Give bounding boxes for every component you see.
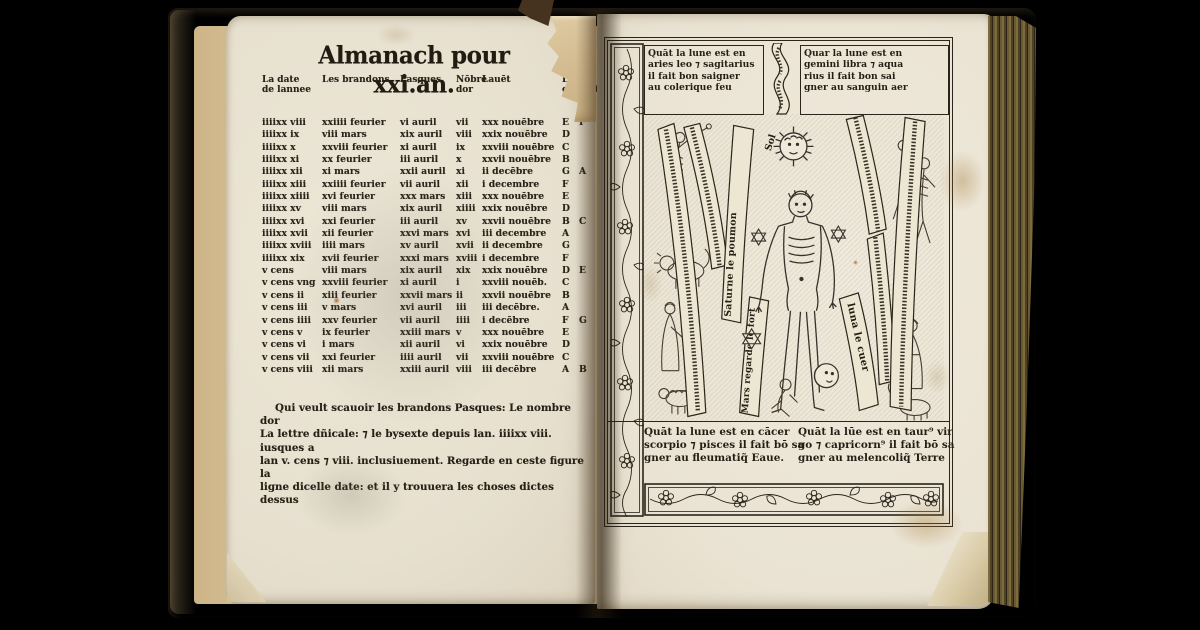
table-cell: xv bbox=[456, 216, 482, 228]
table-cell: A bbox=[562, 228, 579, 240]
table-cell: ix bbox=[456, 142, 482, 154]
table-cell: iiiixx xvi bbox=[262, 216, 322, 228]
table-cell: i decembre bbox=[482, 253, 562, 265]
table-cell: xxix nouēbre bbox=[482, 203, 562, 215]
table-cell: G bbox=[562, 166, 579, 178]
table-cell: xxix nouēbre bbox=[482, 339, 562, 351]
table-cell bbox=[579, 179, 591, 191]
table-cell: F bbox=[562, 253, 579, 265]
table-cell bbox=[579, 327, 591, 339]
book-photo: Almanach pour xxi.an. La datede lanneeLe… bbox=[0, 0, 1200, 630]
folded-corner bbox=[227, 550, 269, 602]
table-cell: iiiixx xviii bbox=[262, 240, 322, 252]
table-cell bbox=[579, 302, 591, 314]
moon-icon bbox=[814, 364, 838, 388]
table-cell bbox=[579, 253, 591, 265]
table-cell: x bbox=[456, 154, 482, 166]
table-cell: A bbox=[562, 364, 579, 376]
table-row: v cens iiiixxv feuriervii auriliiiii dec… bbox=[262, 315, 591, 327]
table-row: v cens iixiii feurierxxvii marsiixxvii n… bbox=[262, 290, 591, 302]
table-row: v cens vii marsxii aurilvixxix nouēbreD bbox=[262, 339, 591, 351]
table-cell: ii decembre bbox=[482, 240, 562, 252]
table-cell: xii mars bbox=[322, 364, 400, 376]
table-cell: B bbox=[562, 216, 579, 228]
table-cell: D bbox=[562, 129, 579, 141]
table-cell: C bbox=[562, 352, 579, 364]
table-cell: vii auril bbox=[400, 315, 456, 327]
table-cell: iiiixx xii bbox=[262, 166, 322, 178]
table-cell: xxx nouēbre bbox=[482, 327, 562, 339]
table-cell: xii auril bbox=[400, 339, 456, 351]
table-row: iiiixx xviiiiiii marsxv aurilxviiii dece… bbox=[262, 240, 591, 252]
table-row: iiiixx viiixxiiii feuriervi aurilviixxx … bbox=[262, 117, 591, 129]
table-cell: xii bbox=[456, 179, 482, 191]
table-cell: D bbox=[562, 265, 579, 277]
table-cell: iii decēbre bbox=[482, 364, 562, 376]
scroll-banner bbox=[760, 43, 798, 115]
table-cell: xxviii nouēbre bbox=[482, 352, 562, 364]
floral-border-bottom bbox=[644, 483, 944, 516]
table-cell: xvi feurier bbox=[322, 191, 400, 203]
table-cell: iiii bbox=[456, 315, 482, 327]
table-cell: viii mars bbox=[322, 129, 400, 141]
table-cell: v cens vi bbox=[262, 339, 322, 351]
table-cell: v cens ii bbox=[262, 290, 322, 302]
table-cell: vi auril bbox=[400, 117, 456, 129]
table-cell: v cens iiii bbox=[262, 315, 322, 327]
table-cell: xxiii auril bbox=[400, 364, 456, 376]
table-cell: iiiixx xv bbox=[262, 203, 322, 215]
table-header-row: La datede lanneeLes brandonsPasquesNōbre… bbox=[262, 76, 591, 95]
table-cell: iii bbox=[456, 302, 482, 314]
table-cell: v cens vng bbox=[262, 277, 322, 289]
table-cell: xxxi mars bbox=[400, 253, 456, 265]
table-cell: xix auril bbox=[400, 129, 456, 141]
table-cell: viii mars bbox=[322, 265, 400, 277]
table-cell: iii decembre bbox=[482, 228, 562, 240]
table-cell: G bbox=[579, 315, 591, 327]
table-cell: iii auril bbox=[400, 216, 456, 228]
table-cell: xxvii mars bbox=[400, 290, 456, 302]
table-cell: xxix nouēbre bbox=[482, 129, 562, 141]
table-cell: v cens vii bbox=[262, 352, 322, 364]
table-cell bbox=[579, 203, 591, 215]
table-cell: xi auril bbox=[400, 142, 456, 154]
table-cell: iiii mars bbox=[322, 240, 400, 252]
table-cell: xxx nouēbre bbox=[482, 191, 562, 203]
table-row: v cens vix feurierxxiii marsvxxx nouēbre… bbox=[262, 327, 591, 339]
table-cell: xxiii mars bbox=[400, 327, 456, 339]
table-cell: xix auril bbox=[400, 265, 456, 277]
table-cell bbox=[579, 277, 591, 289]
table-cell bbox=[579, 129, 591, 141]
table-cell: v mars bbox=[322, 302, 400, 314]
table-row: iiiixx xviixii feurierxxvi marsxviiii de… bbox=[262, 228, 591, 240]
column-header: Les brandons bbox=[322, 76, 400, 95]
table-cell bbox=[579, 154, 591, 166]
caption-cancer-scorpio-pisces: Quāt la lune est en cācerscorpio ⁊ pisce… bbox=[644, 426, 794, 480]
table-cell: v cens bbox=[262, 265, 322, 277]
table-row: iiiixx xixx feurieriii aurilxxxvii nouēb… bbox=[262, 154, 591, 166]
table-row: v cens viiixii marsxxiii aurilviiiiii de… bbox=[262, 364, 591, 376]
table-cell: E bbox=[562, 191, 579, 203]
table-row: v cens iiiv marsxvi auriliiiiii decēbre.… bbox=[262, 302, 591, 314]
table-cell: xvi bbox=[456, 228, 482, 240]
table-cell: xv auril bbox=[400, 240, 456, 252]
table-cell: xxviii feurier bbox=[322, 277, 400, 289]
table-cell: xxviii feurier bbox=[322, 142, 400, 154]
table-cell: C bbox=[562, 142, 579, 154]
table-cell: D bbox=[562, 339, 579, 351]
table-cell: ii bbox=[456, 290, 482, 302]
table-cell: xxv feurier bbox=[322, 315, 400, 327]
explanatory-paragraph: Qui veult scauoir les brandons Pasques: … bbox=[260, 402, 594, 508]
table-cell: iiiixx xvii bbox=[262, 228, 322, 240]
table-cell bbox=[579, 339, 591, 351]
table-cell bbox=[579, 191, 591, 203]
table-cell: xxviii nouēbre bbox=[482, 142, 562, 154]
table-cell: vii bbox=[456, 352, 482, 364]
column-header: Lauēt bbox=[482, 76, 562, 95]
table-cell: iiii auril bbox=[400, 352, 456, 364]
table-cell: F bbox=[562, 179, 579, 191]
table-cell: v cens iii bbox=[262, 302, 322, 314]
table-cell: C bbox=[562, 277, 579, 289]
table-cell: xx feurier bbox=[322, 154, 400, 166]
table-cell: G bbox=[562, 240, 579, 252]
table-cell: xvi auril bbox=[400, 302, 456, 314]
right-page: Quāt la lune est enaries leo ⁊ sagitariu… bbox=[597, 14, 994, 609]
table-row: iiiixx xvviii marsxix aurilxiiiixxix nou… bbox=[262, 203, 591, 215]
table-body: iiiixx viiixxiiii feuriervi aurilviixxx … bbox=[262, 117, 591, 376]
table-cell: xxx mars bbox=[400, 191, 456, 203]
table-cell: xxi feurier bbox=[322, 216, 400, 228]
table-cell: iiiixx xix bbox=[262, 253, 322, 265]
table-cell: iiiixx viii bbox=[262, 117, 322, 129]
table-cell: i decembre bbox=[482, 179, 562, 191]
table-cell: iii auril bbox=[400, 154, 456, 166]
table-row: iiiixx xvixxi feurieriii aurilxvxxvii no… bbox=[262, 216, 591, 228]
table-cell: xxvii nouēbre bbox=[482, 290, 562, 302]
column-header: La datede lannee bbox=[262, 76, 322, 95]
left-page: Almanach pour xxi.an. La datede lanneeLe… bbox=[226, 16, 595, 604]
table-cell bbox=[579, 352, 591, 364]
table-cell: xvii bbox=[456, 240, 482, 252]
table-cell: B bbox=[579, 364, 591, 376]
table-cell: E bbox=[579, 265, 591, 277]
table-cell: xi mars bbox=[322, 166, 400, 178]
table-cell: F bbox=[562, 315, 579, 327]
table-cell: viii bbox=[456, 129, 482, 141]
table-cell: vii auril bbox=[400, 179, 456, 191]
frame-rule bbox=[608, 421, 949, 422]
table-cell: A bbox=[562, 302, 579, 314]
table-cell: vi bbox=[456, 339, 482, 351]
table-cell bbox=[579, 228, 591, 240]
table-cell: iiiixx x bbox=[262, 142, 322, 154]
table-cell: xiii bbox=[456, 191, 482, 203]
table-cell: viii mars bbox=[322, 203, 400, 215]
page-curl bbox=[927, 532, 991, 606]
table-cell: xxviii nouēb. bbox=[482, 277, 562, 289]
table-cell: xi bbox=[456, 166, 482, 178]
caption-taurus-virgo-capricorn: Quāt la lūe est en taur⁹ virgo ⁊ caprico… bbox=[798, 426, 944, 480]
table-cell: i mars bbox=[322, 339, 400, 351]
table-cell: vii bbox=[456, 117, 482, 129]
table-cell: iiiixx ix bbox=[262, 129, 322, 141]
table-cell: v cens v bbox=[262, 327, 322, 339]
table-cell: A bbox=[579, 166, 591, 178]
table-row: iiiixx xiixi marsxxii aurilxiii decēbreG… bbox=[262, 166, 591, 178]
table-cell: xxix nouēbre bbox=[482, 265, 562, 277]
table-cell: xxii auril bbox=[400, 166, 456, 178]
zodiac-man-scene: Saturne le poumon Mars regarde le fort l… bbox=[644, 113, 944, 421]
table-cell: xix bbox=[456, 265, 482, 277]
table-cell bbox=[579, 290, 591, 302]
table-cell bbox=[579, 142, 591, 154]
table-cell bbox=[579, 240, 591, 252]
table-cell: ii decēbre bbox=[482, 166, 562, 178]
table-row: v censviii marsxix aurilxixxxix nouēbreD… bbox=[262, 265, 591, 277]
caption-box-gemini-libra-aquarius: Quar la lune est engemini libra ⁊ aquari… bbox=[800, 45, 949, 115]
cover-highlight bbox=[170, 10, 196, 614]
floral-border-left bbox=[610, 43, 644, 517]
column-header: Nōbredor bbox=[456, 76, 482, 95]
table-cell: E bbox=[562, 327, 579, 339]
table-cell: xxi feurier bbox=[322, 352, 400, 364]
table-row: v cens vngxxviii feurierxi aurilixxviii … bbox=[262, 277, 591, 289]
table-cell: v cens viii bbox=[262, 364, 322, 376]
table-cell: iiiixx xiii bbox=[262, 179, 322, 191]
table-cell: B bbox=[562, 290, 579, 302]
table-row: iiiixx xxxviii feurierxi aurilixxxviii n… bbox=[262, 142, 591, 154]
table-cell: B bbox=[562, 154, 579, 166]
table-cell: i bbox=[456, 277, 482, 289]
table-row: iiiixx xiiiixvi feurierxxx marsxiiixxx n… bbox=[262, 191, 591, 203]
caption-box-aries-leo-sagittarius: Quāt la lune est enaries leo ⁊ sagitariu… bbox=[644, 45, 764, 115]
table-cell: xxiiii feurier bbox=[322, 117, 400, 129]
table-cell: xxvi mars bbox=[400, 228, 456, 240]
column-header: Pasques bbox=[400, 76, 456, 95]
table-cell: iiiixx xiiii bbox=[262, 191, 322, 203]
table-cell: i decēbre bbox=[482, 315, 562, 327]
table-cell: iii decēbre. bbox=[482, 302, 562, 314]
table-cell: xvii feurier bbox=[322, 253, 400, 265]
table-cell: xi auril bbox=[400, 277, 456, 289]
table-cell: xix auril bbox=[400, 203, 456, 215]
table-cell: xiii feurier bbox=[322, 290, 400, 302]
table-cell: xxiiii feurier bbox=[322, 179, 400, 191]
table-cell: viii bbox=[456, 364, 482, 376]
table-cell: xxvii nouēbre bbox=[482, 154, 562, 166]
table-cell: xviii bbox=[456, 253, 482, 265]
table-cell: xiiii bbox=[456, 203, 482, 215]
table-cell: iiiixx xi bbox=[262, 154, 322, 166]
table-row: iiiixx ixviii marsxix aurilviiixxix nouē… bbox=[262, 129, 591, 141]
table-cell: xxvii nouēbre bbox=[482, 216, 562, 228]
table-cell: xxx nouēbre bbox=[482, 117, 562, 129]
table-cell: ix feurier bbox=[322, 327, 400, 339]
woodcut-frame: Quāt la lune est enaries leo ⁊ sagitariu… bbox=[607, 40, 950, 524]
table-cell: xii feurier bbox=[322, 228, 400, 240]
table-row: iiiixx xiiixxiiii feuriervii aurilxiii d… bbox=[262, 179, 591, 191]
table-row: iiiixx xixxvii feurierxxxi marsxviiii de… bbox=[262, 253, 591, 265]
table-row: v cens viixxi feurieriiii aurilviixxviii… bbox=[262, 352, 591, 364]
table-cell: C bbox=[579, 216, 591, 228]
table-cell: v bbox=[456, 327, 482, 339]
table-cell: D bbox=[562, 203, 579, 215]
